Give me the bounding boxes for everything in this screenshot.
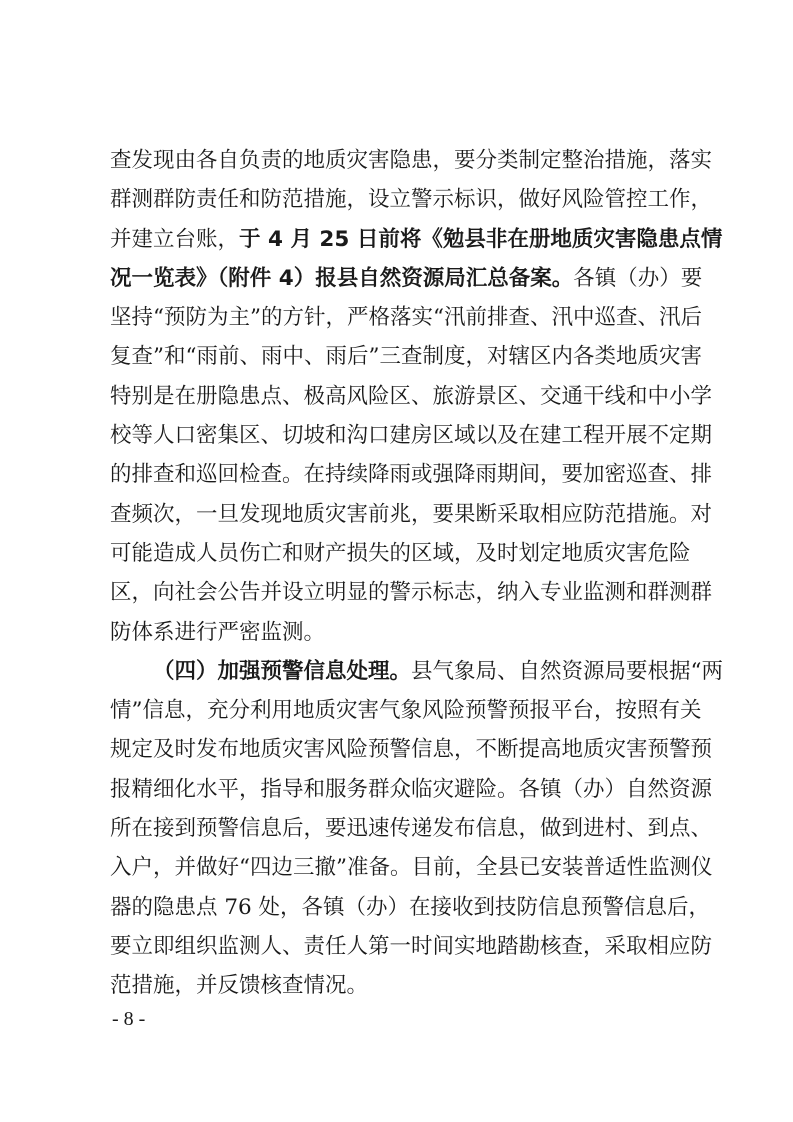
text-line: 特别是在册隐患点、极高风险区、旅游景区、交通干线和中小学 (110, 377, 688, 416)
text-line: 入户，并做好“四边三撤”准备。目前，全县已安装普适性监测仪 (110, 848, 688, 887)
text-line: 区，向社会公告并设立明显的警示标志，纳入专业监测和群测群 (110, 573, 688, 612)
text-run: 报精细化水平，指导和服务群众临灾避险。各镇（办）自然资源 (110, 777, 712, 802)
text-line: 范措施，并反馈核查情况。 (110, 966, 688, 1005)
text-run: 区，向社会公告并设立明显的警示标志，纳入专业监测和群测群 (110, 580, 712, 605)
paragraph-inspection: 查发现由各自负责的地质灾害隐患，要分类制定整治措施，落实群测群防责任和防范措施，… (110, 141, 688, 652)
text-run: 查发现由各自负责的地质灾害隐患，要分类制定整治措施，落实 (110, 148, 712, 173)
text-line: 器的隐患点 76 处，各镇（办）在接收到技防信息预警信息后， (110, 888, 688, 927)
page-number: - 8 - (112, 1008, 145, 1031)
text-line: （四）加强预警信息处理。县气象局、自然资源局要根据“两 (110, 652, 688, 691)
text-line: 的排查和巡回检查。在持续降雨或强降雨期间，要加密巡查、排 (110, 455, 688, 494)
text-line: 规定及时发布地质灾害风险预警信息，不断提高地质灾害预警预 (110, 730, 688, 769)
text-run: 器的隐患点 76 处，各镇（办）在接收到技防信息预警信息后， (110, 895, 710, 920)
text-run: 校等人口密集区、切坡和沟口建房区域以及在建工程开展不定期 (110, 423, 712, 448)
text-run: 查频次，一旦发现地质灾害前兆，要果断采取相应防范措施。对 (110, 502, 712, 527)
text-line: 况一览表》（附件 4）报县自然资源局汇总备案。各镇（办）要 (110, 259, 688, 298)
text-run: 县气象局、自然资源局要根据“两 (411, 659, 723, 684)
text-line: 查发现由各自负责的地质灾害隐患，要分类制定整治措施，落实 (110, 141, 688, 180)
text-line: 校等人口密集区、切坡和沟口建房区域以及在建工程开展不定期 (110, 416, 688, 455)
paragraph-warning-info: （四）加强预警信息处理。县气象局、自然资源局要根据“两情”信息，充分利用地质灾害… (110, 652, 688, 1006)
text-line: 群测群防责任和防范措施，设立警示标识，做好风险管控工作， (110, 180, 688, 219)
text-line: 查频次，一旦发现地质灾害前兆，要果断采取相应防范措施。对 (110, 495, 688, 534)
text-run: 可能造成人员伤亡和财产损失的区域，及时划定地质灾害危险 (110, 541, 691, 566)
text-run: 并建立台账， (110, 227, 239, 252)
text-line: 复查”和“雨前、雨中、雨后”三查制度，对辖区内各类地质灾害 (110, 337, 688, 376)
text-run: 入户，并做好“四边三撤”准备。目前，全县已安装普适性监测仪 (110, 855, 713, 880)
text-run: 复查”和“雨前、雨中、雨后”三查制度，对辖区内各类地质灾害 (110, 344, 702, 369)
text-run: 特别是在册隐患点、极高风险区、旅游景区、交通干线和中小学 (110, 384, 712, 409)
text-line: 并建立台账，于 4 月 25 日前将《勉县非在册地质灾害隐患点情 (110, 220, 688, 259)
text-line: 要立即组织监测人、责任人第一时间实地踏勘核查，采取相应防 (110, 927, 688, 966)
text-run: 要立即组织监测人、责任人第一时间实地踏勘核查，采取相应防 (110, 934, 712, 959)
text-run: 情”信息，充分利用地质灾害气象风险预警预报平台，按照有关 (110, 698, 702, 723)
text-line: 报精细化水平，指导和服务群众临灾避险。各镇（办）自然资源 (110, 770, 688, 809)
document-page: 查发现由各自负责的地质灾害隐患，要分类制定整治措施，落实群测群防责任和防范措施，… (110, 141, 688, 1006)
bold-text: （四）加强预警信息处理。 (153, 659, 411, 684)
text-run: 范措施，并反馈核查情况。 (110, 973, 368, 998)
bold-text: 况一览表》（附件 4）报县自然资源局汇总备案。 (110, 266, 573, 291)
text-run: 各镇（办）要 (573, 266, 702, 291)
text-run: 坚持“预防为主”的方针，严格落实“汛前排查、汛中巡查、汛后 (110, 305, 702, 330)
text-run: 规定及时发布地质灾害风险预警信息，不断提高地质灾害预警预 (110, 737, 712, 762)
text-line: 防体系进行严密监测。 (110, 613, 688, 652)
text-line: 可能造成人员伤亡和财产损失的区域，及时划定地质灾害危险 (110, 534, 688, 573)
text-run: 防体系进行严密监测。 (110, 620, 325, 645)
text-run: 的排查和巡回检查。在持续降雨或强降雨期间，要加密巡查、排 (110, 462, 712, 487)
text-run: 所在接到预警信息后，要迅速传递发布信息，做到进村、到点、 (110, 816, 712, 841)
text-line: 所在接到预警信息后，要迅速传递发布信息，做到进村、到点、 (110, 809, 688, 848)
text-run: 群测群防责任和防范措施，设立警示标识，做好风险管控工作， (110, 187, 712, 212)
bold-text: 于 4 月 25 日前将《勉县非在册地质灾害隐患点情 (239, 227, 722, 252)
text-line: 情”信息，充分利用地质灾害气象风险预警预报平台，按照有关 (110, 691, 688, 730)
text-line: 坚持“预防为主”的方针，严格落实“汛前排查、汛中巡查、汛后 (110, 298, 688, 337)
